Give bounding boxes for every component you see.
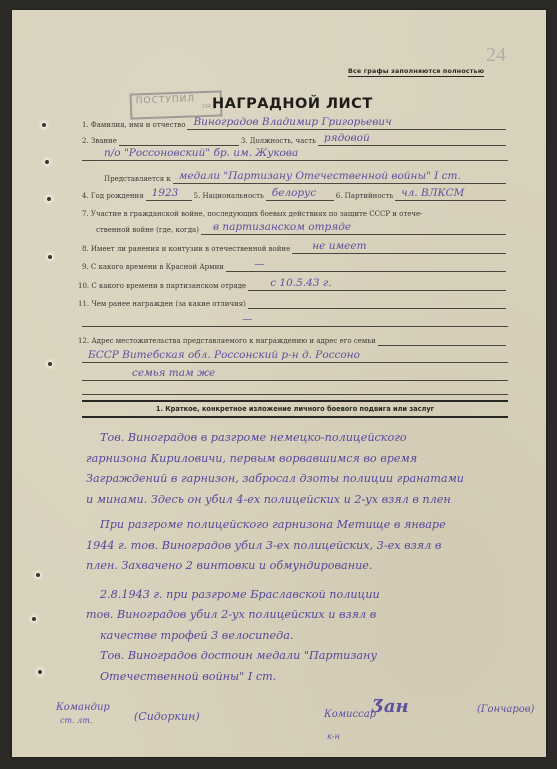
field-label: 10. С какого времени в партизанском отря… [78, 282, 246, 291]
narrative-line: плен. Захвачено 2 винтовки и обмундирова… [86, 556, 516, 577]
field-label: 11. Чем ранее награжден (за какие отличи… [78, 300, 246, 309]
narrative-line: качестве трофей 3 велосипеда. [86, 626, 516, 647]
punch-hole [38, 670, 42, 674]
field-wounds: 8. Имеет ли ранения и контузии в отечест… [82, 238, 508, 254]
field-awards: 11. Чем ранее награжден (за какие отличи… [78, 293, 508, 309]
award-sheet: 24 Все графы заполняются полностью ПОСТУ… [12, 10, 546, 757]
field-address-line3 [82, 380, 508, 395]
field-partisan: 10. С какого времени в партизанском отря… [78, 275, 508, 291]
field-label: 12. Адрес местожительства представляемог… [78, 337, 376, 346]
narrative-line: гарнизона Кириловичи, первым ворвавшимся… [86, 449, 516, 470]
punch-hole [36, 573, 40, 577]
commissar-title: Комиссар [324, 709, 376, 720]
field-value: с 10.5.43 г. [270, 277, 331, 289]
narrative-line: 1944 г. тов. Виноградов убил 3-ех полице… [86, 536, 516, 557]
field-value: 1923 [152, 187, 179, 199]
archive-page-number: 24 [486, 44, 506, 67]
field-label: 1. Фамилия, имя и отчество [82, 121, 185, 130]
narrative-line: Заграждений в гарнизон, забросал дзоты п… [86, 469, 516, 490]
field-value: — [242, 313, 253, 325]
field-label: 4. Год рождения [82, 192, 144, 201]
narrative-line: Тов. Виноградов в разгроме немецко-полиц… [86, 428, 516, 449]
section-heading: 1. Краткое, конкретное изложение личного… [82, 400, 508, 418]
field-fio: 1. Фамилия, имя и отчество Виноградов Вл… [82, 114, 508, 130]
field-label: 7. Участие в гражданской войне, последую… [82, 210, 423, 219]
narrative-line: Тов. Виноградов достоин медали "Партизан… [86, 646, 516, 667]
commissar-signature: Ӡан [372, 696, 409, 717]
field-address-line2: семья там же [82, 366, 508, 381]
field-value: п/о "Россоновский" бр. им. Жукова [104, 147, 298, 159]
punch-hole [45, 160, 49, 164]
document-title: НАГРАДНОЙ ЛИСТ [212, 96, 373, 112]
narrative-text: Тов. Виноградов в разгроме немецко-полиц… [86, 428, 516, 687]
punch-hole [47, 197, 51, 201]
field-value: белорус [272, 187, 316, 199]
commander-name: (Сидоркин) [134, 710, 200, 723]
field-value: семья там же [132, 367, 215, 379]
field-value: медали "Партизану Отечественной войны" I… [179, 170, 461, 182]
punch-hole [48, 362, 52, 366]
field-label: 5. Национальность [194, 192, 264, 201]
signatures-block: Командир ст. лт. (Сидоркин) Комиссар к-н… [62, 702, 542, 762]
narrative-line: При разгроме полицейского гарнизона Мети… [86, 515, 516, 536]
commissar-name: (Гончаров) [477, 704, 534, 715]
field-label: 8. Имеет ли ранения и контузии в отечест… [82, 245, 290, 254]
field-label: 9. С какого времени в Красной Армии [82, 263, 224, 272]
stamp-text: ПОСТУПИЛ [136, 94, 196, 106]
field-value: рядовой [324, 132, 370, 144]
field-civil-war-line1: 7. Участие в гражданской войне, последую… [82, 203, 508, 219]
field-value: БССР Витебская обл. Россонский р-н д. Ро… [88, 349, 360, 361]
field-rank-position: 2. Звание 3. Должность, часть рядовой [82, 130, 508, 146]
field-value: чл. ВЛКСМ [401, 187, 464, 199]
narrative-line: Отечественной войны" I ст. [86, 667, 516, 688]
commissar-rank: к-н [327, 732, 340, 741]
field-birth-nationality-party: 4. Год рождения 1923 5. Национальность б… [82, 185, 508, 201]
field-value: в партизанском отряде [213, 221, 351, 233]
field-red-army: 9. С какого времени в Красной Армии — [82, 256, 508, 272]
field-value: не имеет [312, 240, 366, 252]
field-label: 6. Партийность [336, 192, 393, 201]
field-address-line1: БССР Витебская обл. Россонский р-н д. Ро… [82, 348, 508, 363]
punch-hole [42, 123, 46, 127]
narrative-line: и минами. Здесь он убил 4-ех полицейских… [86, 490, 516, 511]
field-awards-continuation: — [82, 312, 508, 327]
field-value: — [254, 258, 265, 270]
field-nominated: Представляется к медали "Партизану Отече… [104, 168, 508, 184]
commander-title: Командир [56, 702, 110, 713]
field-label: Представляется к [104, 175, 171, 184]
field-unit-continuation: п/о "Россоновский" бр. им. Жукова [82, 146, 508, 161]
narrative-line: 2.8.1943 г. при разгроме Браславской пол… [86, 585, 516, 606]
field-label: ственной войне (где, когда) [96, 226, 199, 235]
field-label: 2. Звание [82, 137, 117, 146]
punch-hole [48, 255, 52, 259]
field-label: 3. Должность, часть [241, 137, 316, 146]
field-address: 12. Адрес местожительства представляемог… [78, 330, 508, 346]
narrative-line: тов. Виноградов убил 2-ух полицейских и … [86, 605, 516, 626]
field-civil-war: ственной войне (где, когда) в партизанск… [96, 219, 508, 235]
field-value: Виноградов Владимир Григорьевич [193, 116, 391, 128]
instruction-note: Все графы заполняются полностью [348, 68, 484, 77]
punch-hole [32, 617, 36, 621]
commander-rank: ст. лт. [60, 716, 92, 725]
